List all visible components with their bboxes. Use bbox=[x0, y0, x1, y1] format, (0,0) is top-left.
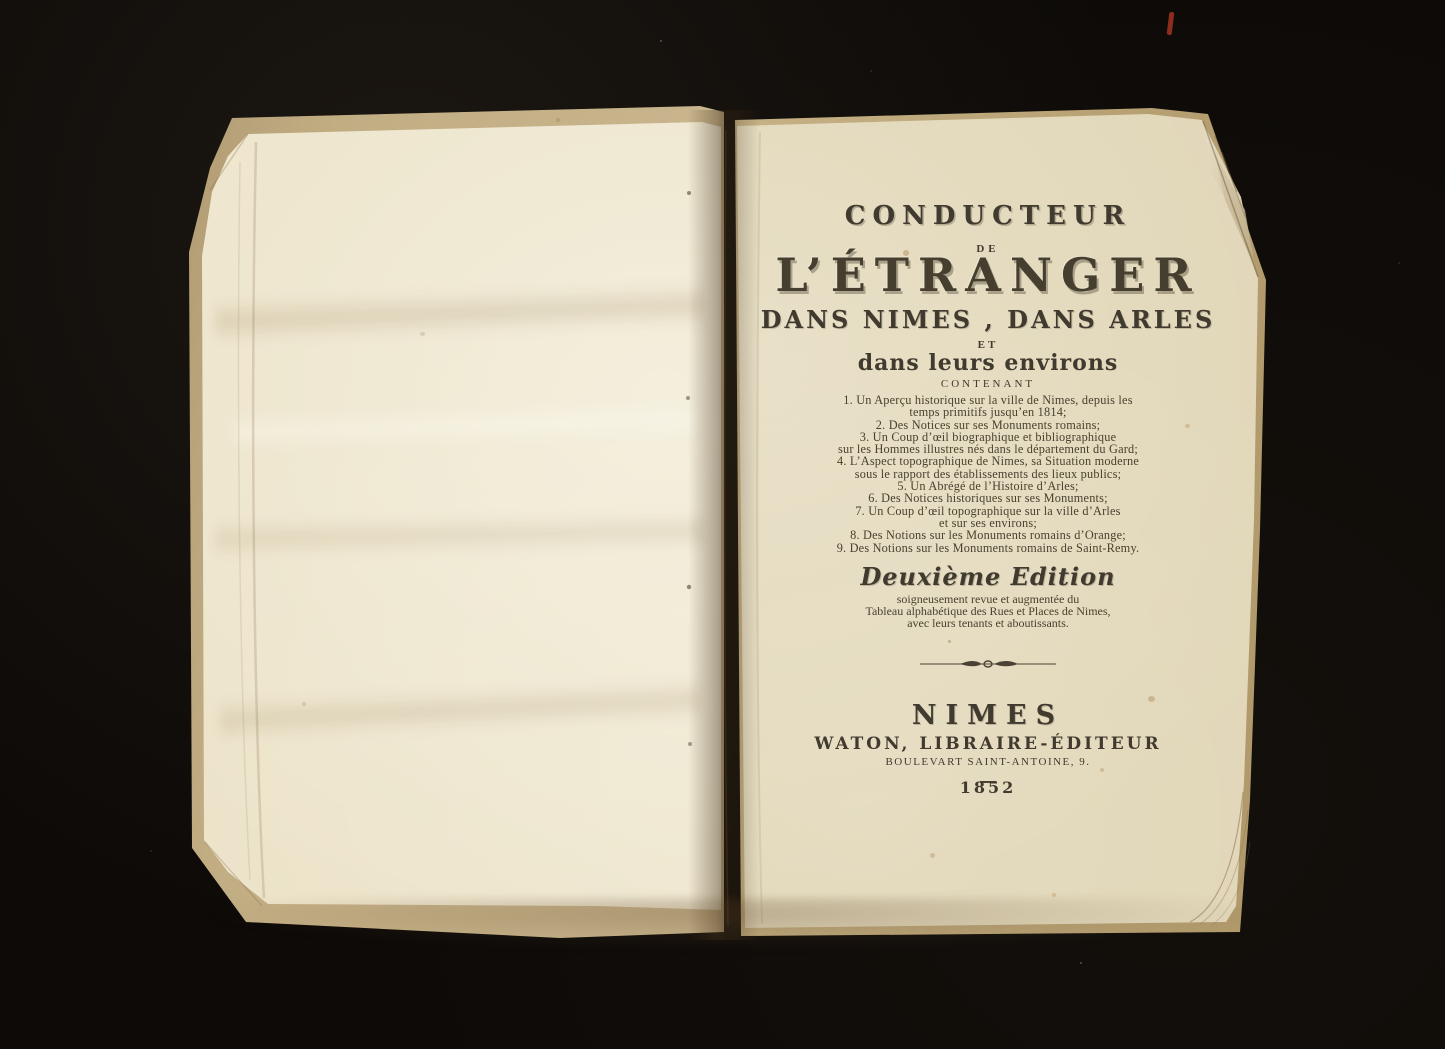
imprint-city: NIMES bbox=[738, 702, 1238, 729]
contents-label: CONTENANT bbox=[738, 379, 1238, 390]
dust-speck bbox=[660, 40, 662, 42]
subtitle-cities: DANS NIMES , DANS ARLES bbox=[738, 308, 1238, 332]
contents-line: 8. Des Notions sur les Monuments romains… bbox=[738, 529, 1238, 541]
series-title: CONDUCTEUR bbox=[738, 203, 1238, 229]
subtitle-environs: dans leurs environs bbox=[738, 352, 1238, 374]
imprint-publisher: WATON, LIBRAIRE-ÉDITEUR bbox=[738, 736, 1238, 753]
dust-speck bbox=[150, 850, 152, 852]
contents-list: 1. Un Aperçu historique sur la ville de … bbox=[738, 394, 1238, 554]
dust-speck bbox=[1398, 262, 1400, 264]
edition-note: soigneusement revue et augmentée du Tabl… bbox=[738, 593, 1238, 629]
edition-line: avec leurs tenants et aboutissants. bbox=[738, 617, 1238, 629]
contents-line: 9. Des Notions sur les Monuments romains… bbox=[738, 542, 1238, 554]
contents-line: temps primitifs jusqu’en 1814; bbox=[738, 406, 1238, 418]
printer-ornament-icon bbox=[738, 656, 1238, 674]
photo-background: CONDUCTEUR DE L’ÉTRANGER DANS NIMES , DA… bbox=[0, 0, 1445, 1049]
edition-title: Deuxième Edition bbox=[738, 565, 1238, 589]
title-page-text: CONDUCTEUR DE L’ÉTRANGER DANS NIMES , DA… bbox=[738, 0, 1238, 1049]
contents-line: 6. Des Notices historiques sur ses Monum… bbox=[738, 492, 1238, 504]
imprint-address: BOULEVART SAINT-ANTOINE, 9. bbox=[738, 757, 1238, 768]
contents-line: 4. L’Aspect topographique de Nimes, sa S… bbox=[738, 455, 1238, 467]
main-title: L’ÉTRANGER bbox=[738, 252, 1238, 298]
imprint-year: 1852 bbox=[738, 780, 1238, 796]
